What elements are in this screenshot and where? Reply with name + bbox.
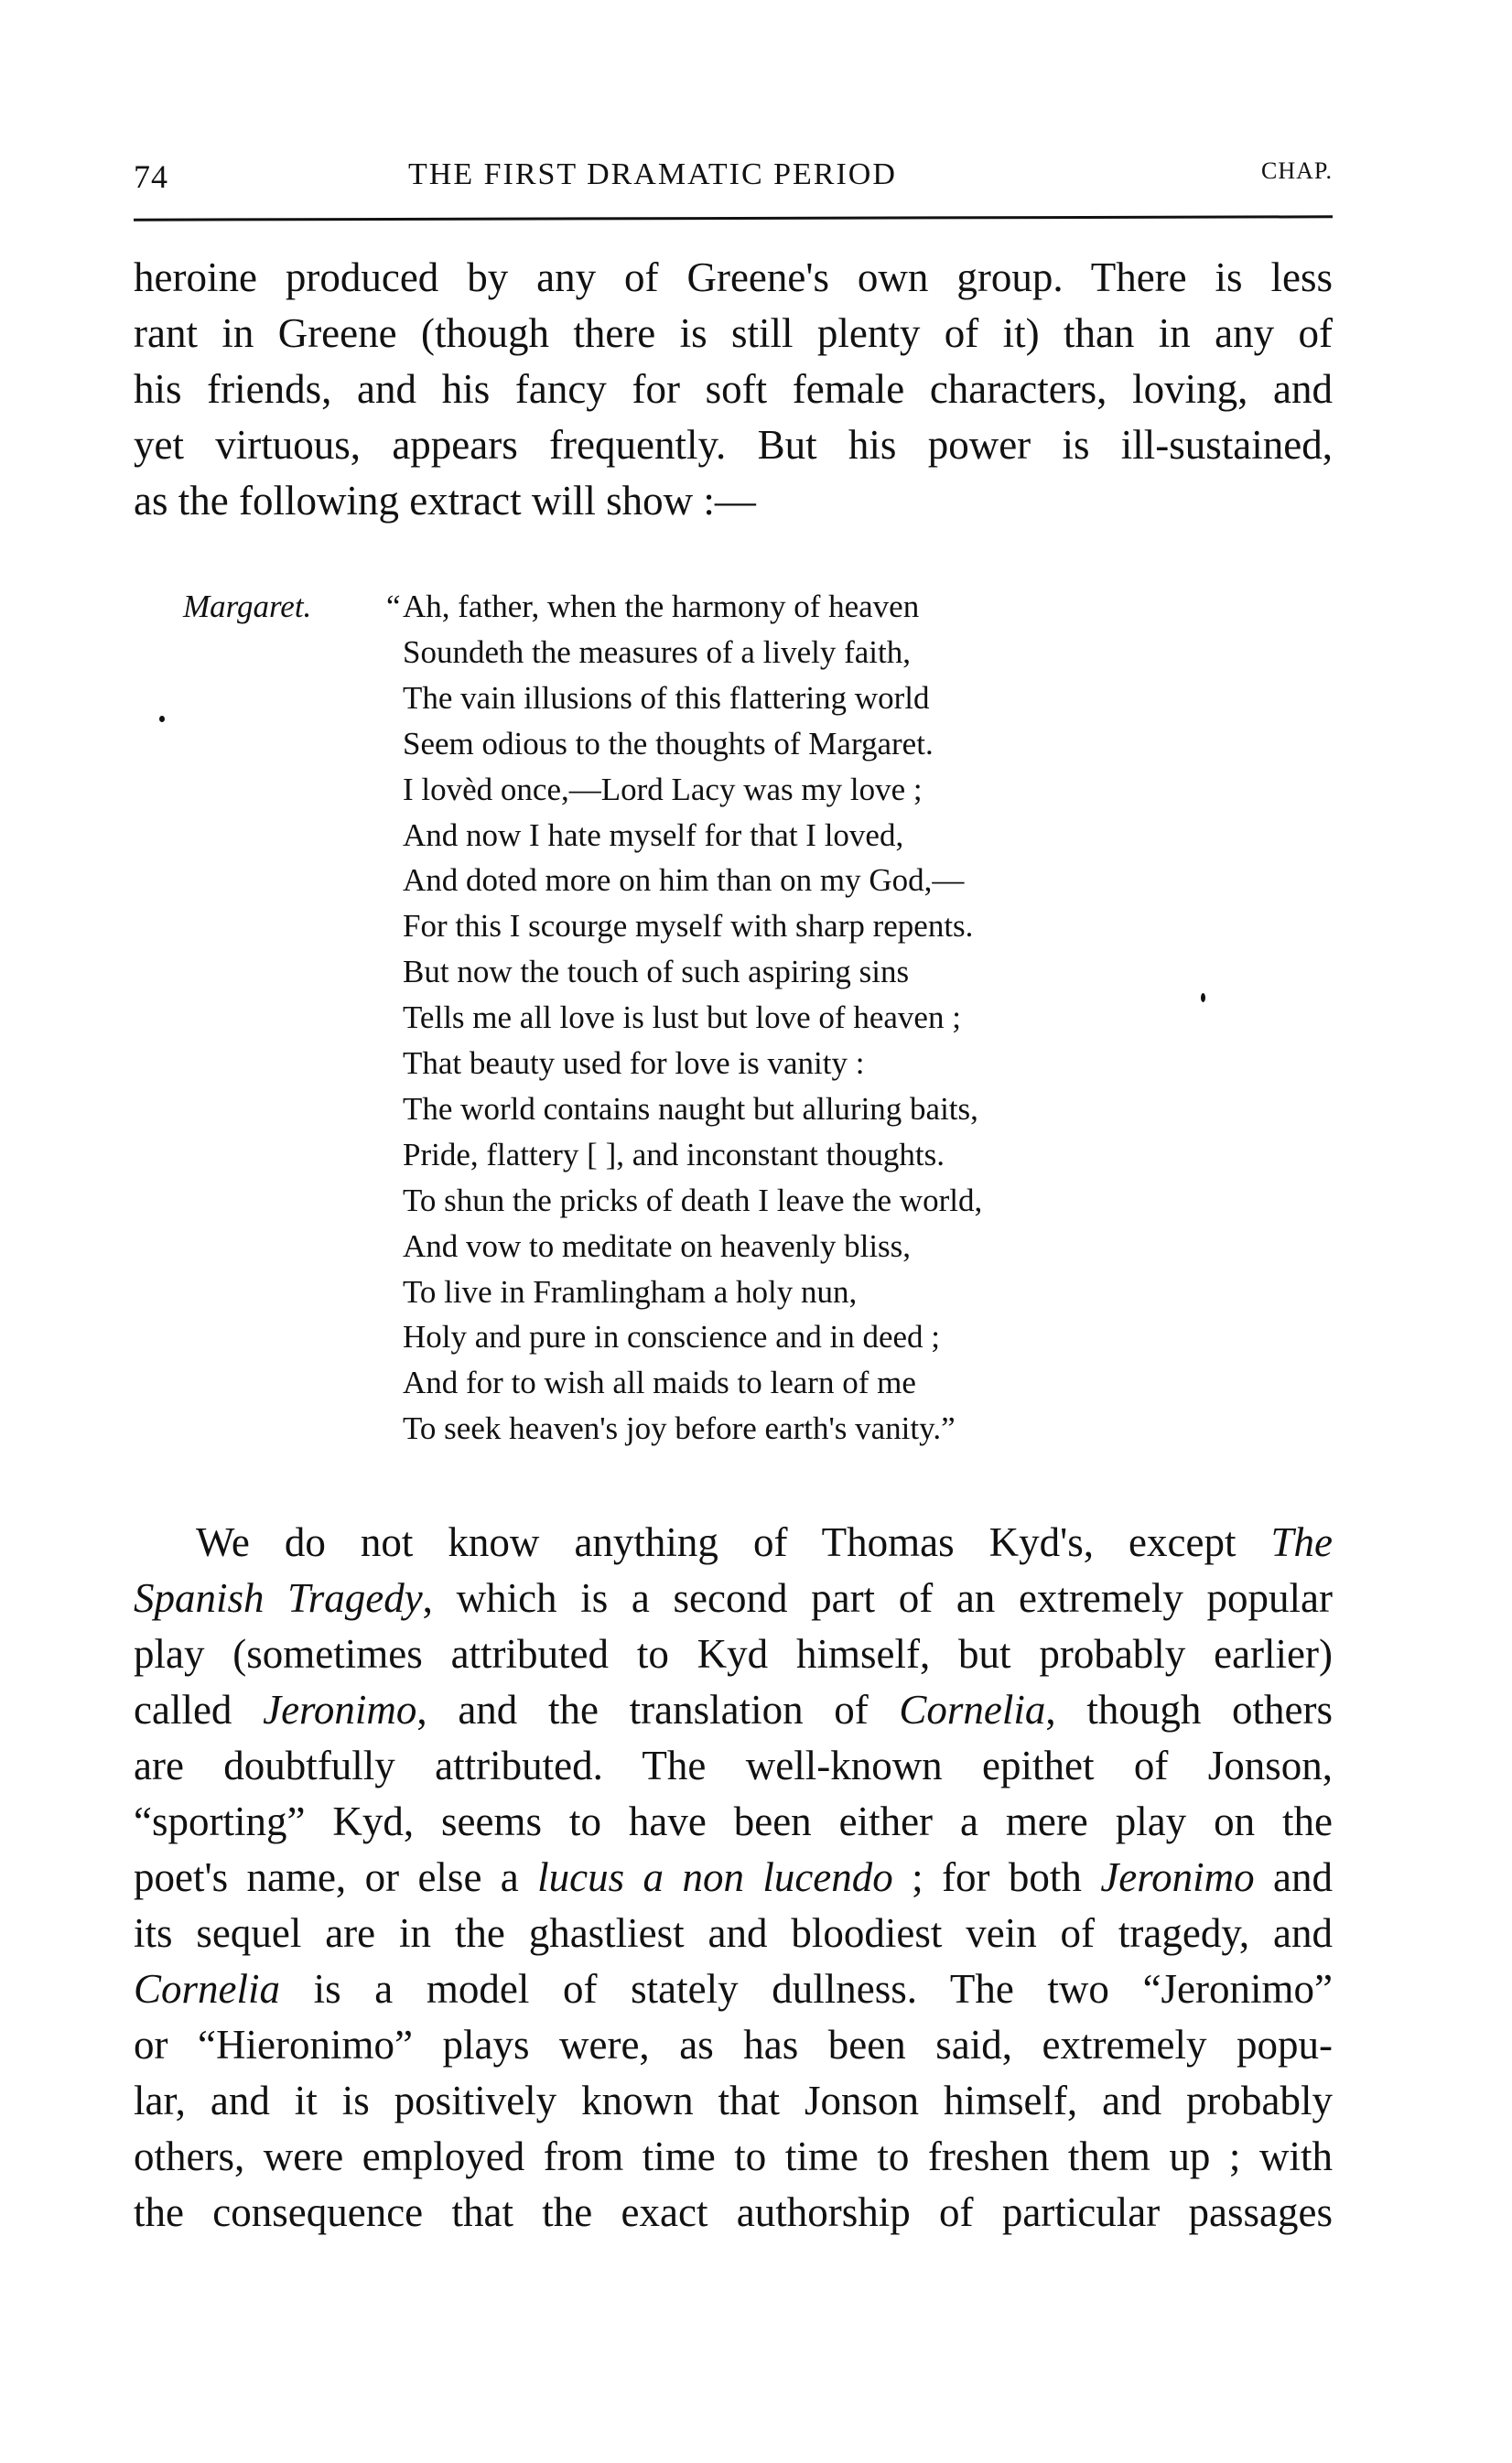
verse-line: For this I scourge myself with sharp rep…: [403, 903, 973, 949]
text-line: his friends, and his fancy for soft fema…: [134, 362, 1333, 417]
italic-title: Jeronimo: [263, 1687, 416, 1733]
text-line: or “Hieronimo” plays were, as has been s…: [134, 2017, 1333, 2073]
text-line: poet's name, or else a lucus a non lucen…: [134, 1850, 1333, 1906]
text-line: yet virtuous, appears frequently. But hi…: [134, 417, 1333, 473]
text-run: poet's name, or else a: [134, 1854, 537, 1900]
italic-title: lucus a non lucendo: [537, 1854, 893, 1900]
text-line: called Jeronimo, and the translation of …: [134, 1682, 1333, 1738]
text-run: , which is a second part of an extremely…: [423, 1575, 1333, 1621]
verse-line: To live in Framlingham a holy nun,: [403, 1269, 857, 1315]
verse-line: To seek heaven's joy before earth's vani…: [403, 1406, 956, 1452]
verse-line: But now the touch of such aspiring sins: [403, 949, 909, 995]
italic-title: Cornelia: [899, 1687, 1045, 1733]
italic-title: Cornelia: [134, 1966, 280, 2012]
verse-line: Pride, flattery [ ], and inconstant thou…: [403, 1132, 945, 1178]
text-run: the consequence that the exact authorshi…: [134, 2189, 1333, 2235]
paragraph-1: heroine produced by any of Greene's own …: [134, 250, 1333, 529]
text-line: are doubtfully attributed. The well-know…: [134, 1738, 1333, 1794]
print-speck: [1201, 993, 1205, 1002]
speaker-name: Margaret.: [183, 584, 311, 630]
page-number: 74: [134, 157, 168, 196]
text-line: Cornelia is a model of stately dullness.…: [134, 1961, 1333, 2017]
text-run: or “Hieronimo” plays were, as has been s…: [134, 2022, 1333, 2068]
open-quote: “: [386, 584, 401, 630]
text-run: play (sometimes attributed to Kyd himsel…: [134, 1631, 1333, 1677]
text-run: called: [134, 1687, 263, 1733]
italic-title: Spanish Tragedy: [134, 1575, 423, 1621]
running-title: THE FIRST DRAMATIC PERIOD: [408, 157, 897, 192]
verse-line: I lovèd once,—Lord Lacy was my love ;: [403, 767, 923, 813]
text-line: the consequence that the exact authorshi…: [134, 2185, 1333, 2241]
text-line: heroine produced by any of Greene's own …: [134, 250, 1333, 306]
text-run: “sporting” Kyd, seems to have been eithe…: [134, 1799, 1333, 1844]
verse-line: Tells me all love is lust but love of he…: [403, 995, 961, 1041]
text-run: , though others: [1045, 1687, 1333, 1733]
text-run: , and the translation of: [416, 1687, 899, 1733]
chapter-abbrev: CHAP.: [1261, 157, 1333, 185]
text-run: ; for both: [893, 1854, 1101, 1900]
text-run: and: [1255, 1854, 1333, 1900]
verse-line: And for to wish all maids to learn of me: [403, 1360, 916, 1406]
text-line: We do not know anything of Thomas Kyd's,…: [134, 1515, 1333, 1571]
text-line: play (sometimes attributed to Kyd himsel…: [134, 1626, 1333, 1682]
text-run: is a model of stately dullness. The two …: [280, 1966, 1333, 2012]
verse-line: And vow to meditate on heavenly bliss,: [403, 1224, 911, 1269]
text-run: are doubtfully attributed. The well-know…: [134, 1743, 1333, 1788]
text-line: rant in Greene (though there is still pl…: [134, 306, 1333, 362]
verse-line: And now I hate myself for that I loved,: [403, 813, 903, 859]
text-line: others, were employed from time to time …: [134, 2129, 1333, 2185]
text-run: its sequel are in the ghastliest and blo…: [134, 1910, 1333, 1956]
text-line: its sequel are in the ghastliest and blo…: [134, 1906, 1333, 1961]
verse-line: And doted more on him than on my God,—: [403, 858, 964, 903]
italic-title: Jeronimo: [1100, 1854, 1254, 1900]
header-rule: [134, 215, 1333, 221]
running-header: 74 THE FIRST DRAMATIC PERIOD CHAP.: [134, 146, 1333, 192]
verse-line: Seem odious to the thoughts of Margaret.: [403, 721, 934, 767]
verse-line: Soundeth the measures of a lively faith,: [403, 630, 911, 675]
paragraph-2: We do not know anything of Thomas Kyd's,…: [134, 1515, 1333, 2241]
verse-line: The vain illusions of this flattering wo…: [403, 675, 929, 721]
text-run: lar, and it is positively known that Jon…: [134, 2078, 1333, 2123]
text-line: lar, and it is positively known that Jon…: [134, 2073, 1333, 2129]
text-line: as the following extract will show :—: [134, 473, 1333, 529]
text-run: We do not know anything of Thomas Kyd's,…: [196, 1519, 1271, 1565]
print-speck: [159, 716, 165, 722]
verse-line: That beauty used for love is vanity :: [403, 1041, 864, 1086]
text-line: Spanish Tragedy, which is a second part …: [134, 1571, 1333, 1626]
verse-line: To shun the pricks of death I leave the …: [403, 1178, 982, 1224]
verse-line: Ah, father, when the harmony of heaven: [403, 584, 919, 630]
italic-title: The: [1271, 1519, 1334, 1565]
text-run: others, were employed from time to time …: [134, 2134, 1333, 2179]
verse-line: Holy and pure in conscience and in deed …: [403, 1314, 940, 1360]
text-line: “sporting” Kyd, seems to have been eithe…: [134, 1794, 1333, 1850]
verse-line: The world contains naught but alluring b…: [403, 1086, 978, 1132]
